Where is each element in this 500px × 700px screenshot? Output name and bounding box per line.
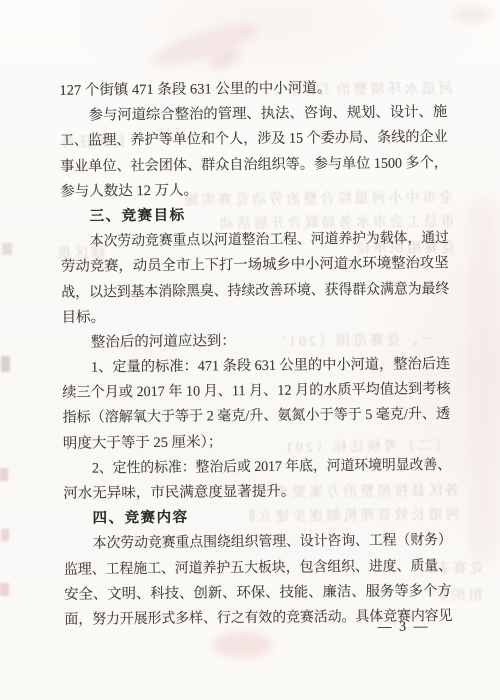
text-line: 本次劳动竞赛重点围绕组织管理、设计咨询、工程（财务） (64, 529, 452, 558)
text-line-content: 监理、工程施工、河道养护五大板块，包含组织、进度、质量、 (64, 554, 452, 583)
text-line: 续三个月或 2017 年 10 月、11 月、12 月的水质平均值达到考核 (62, 377, 450, 406)
text-line: 参与河道综合整治的管理、执法、咨询、规划、设计、施 (60, 100, 448, 129)
text-line-content: 127 个街镇 471 条段 631 公里的中小河道。 (59, 76, 331, 104)
text-line: 工、监理、养护等单位和个人，涉及 15 个委办局、条线的企业 (60, 126, 448, 155)
text-line-content: 明度大于等于 25 厘米）； (63, 430, 223, 457)
text-line: 河水无异味，市民满意度显著提升。 (63, 478, 451, 507)
text-line: 安全、文明、科技、创新、环保、技能、廉洁、服务等多个方 (64, 579, 452, 608)
text-line-content: 本次劳动竞赛重点以河道整治工程、河道养护为载体，通过 (90, 226, 449, 255)
text-line-content: 指标（溶解氧大于等于 2 毫克/升、氨氮小于等于 5 毫克/升、透 (62, 403, 450, 432)
text-line-content: 本次劳动竞赛重点围绕组织管理、设计咨询、工程（财务） (93, 529, 452, 558)
text-line: 目标。 (61, 302, 449, 331)
text-line: 事业单位、社会团体、群众自治组织等。参与单位 1500 多个， (60, 151, 448, 180)
text-line: 整治后的河道应达到： (62, 327, 450, 356)
text-line-content: 三、竞赛目标 (90, 204, 186, 230)
text-line-content: 2、定性的标准：整治后或 2017 年底，河道环境明显改善、 (92, 453, 451, 482)
text-line-content: 工、监理、养护等单位和个人，涉及 15 个委办局、条线的企业 (60, 126, 448, 155)
text-line-content: 四、竞赛内容 (92, 506, 188, 532)
text-line-content: 目标。 (61, 305, 105, 331)
text-line: 参与人数达 12 万人。 (60, 176, 448, 205)
text-line-content: 事业单位、社会团体、群众自治组织等。参与单位 1500 多个， (60, 151, 448, 180)
text-line: 监理、工程施工、河道养护五大板块，包含组织、进度、质量、 (64, 554, 452, 583)
text-line: 指标（溶解氧大于等于 2 毫克/升、氨氮小于等于 5 毫克/升、透 (62, 403, 450, 432)
section-heading: 三、竞赛目标 (61, 201, 449, 230)
text-line-content: 参与河道综合整治的管理、执法、咨询、规划、设计、施 (89, 100, 448, 129)
text-block: 127 个街镇 471 条段 631 公里的中小河道。参与河道综合整治的管理、执… (59, 75, 452, 633)
text-line-content: 面，努力开展形式多样、行之有效的竞赛活动。具体竞赛内容见 (64, 604, 452, 633)
text-line: 1、定量的标准：471 条段 631 公里的中小河道，整治后连 (62, 352, 450, 381)
text-line: 127 个街镇 471 条段 631 公里的中小河道。 (59, 75, 447, 104)
section-heading: 四、竞赛内容 (63, 503, 451, 532)
text-line-content: 劳动竞赛，动员全市上下打一场城乡中小河道水环境整治攻坚 (61, 251, 449, 280)
text-line-content: 整治后的河道应达到： (91, 329, 236, 356)
text-line-content: 安全、文明、科技、创新、环保、技能、廉洁、服务等多个方 (64, 579, 452, 608)
text-line: 2、定性的标准：整治后或 2017 年底，河道环境明显改善、 (63, 453, 451, 482)
text-line: 明度大于等于 25 厘米）； (63, 428, 451, 457)
text-line-content: 战，以达到基本消除黑臭、持续改善环境、获得群众满意为最终 (61, 277, 449, 306)
text-line: 战，以达到基本消除黑臭、持续改善环境、获得群众满意为最终 (61, 277, 449, 306)
text-line-content: 参与人数达 12 万人。 (60, 178, 198, 205)
text-line-content: 续三个月或 2017 年 10 月、11 月、12 月的水质平均值达到考核 (62, 377, 450, 406)
text-line: 本次劳动竞赛重点以河道整治工程、河道养护为载体，通过 (61, 226, 449, 255)
text-line-content: 1、定量的标准：471 条段 631 公里的中小河道，整治后连 (91, 352, 450, 381)
text-line-content: 河水无异味，市民满意度显著提升。 (63, 480, 295, 507)
text-line: 劳动竞赛，动员全市上下打一场城乡中小河道水环境整治攻坚 (61, 251, 449, 280)
text-line: 面，努力开展形式多样、行之有效的竞赛活动。具体竞赛内容见 (64, 604, 452, 633)
document-page-text: 127 个街镇 471 条段 631 公里的中小河道。参与河道综合整治的管理、执… (59, 75, 452, 641)
